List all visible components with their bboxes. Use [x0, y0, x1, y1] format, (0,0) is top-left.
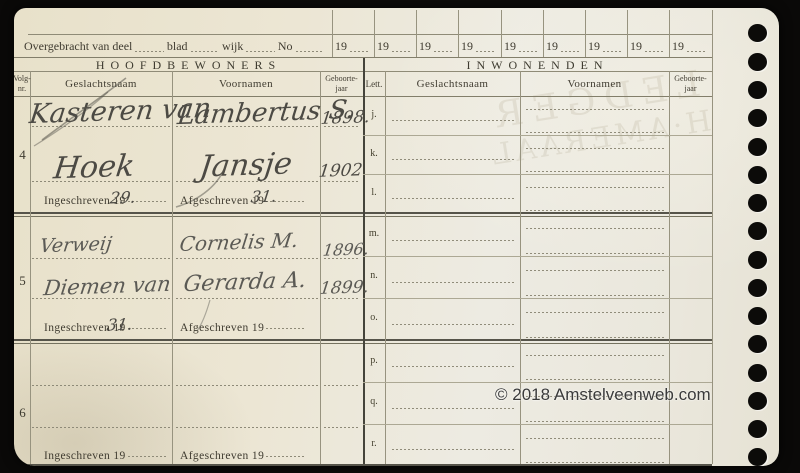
grid-line: [28, 34, 712, 35]
year-label: 19: [504, 39, 516, 54]
year-col-line: [501, 10, 502, 57]
row-letter: o.: [363, 312, 385, 323]
header-voornamen-2: Voornamen: [520, 72, 669, 95]
name-line: [526, 312, 664, 313]
punch-hole: [748, 24, 767, 42]
header-label: Geslachtsnaam: [65, 78, 137, 90]
row-letter: p.: [363, 355, 385, 366]
year-label: 19: [630, 39, 642, 54]
dotted-blank: [191, 51, 219, 52]
name-line: [392, 408, 514, 409]
handwritten-ingeschreven-year: 29.: [109, 188, 137, 208]
dotted-blank: [687, 51, 707, 52]
transfer-row: Overgebracht van deel blad wijk No: [24, 39, 327, 55]
blad-label: blad: [167, 39, 188, 54]
year-label: 19: [546, 39, 558, 54]
punch-hole: [748, 251, 767, 269]
name-line: [526, 132, 664, 133]
year-label: 19: [377, 39, 389, 54]
header-label: Lett.: [366, 79, 383, 89]
handwritten-surname: Hoek: [52, 149, 137, 187]
grid-line: [320, 71, 321, 464]
name-line: [526, 148, 664, 149]
punch-hole: [748, 138, 767, 156]
inwonende-row-n: n.: [363, 256, 712, 298]
dotted-blank: [350, 51, 369, 52]
punch-hole: [748, 53, 767, 71]
year-col-line: [543, 10, 544, 57]
year-cell: 19: [377, 39, 414, 55]
row-letter: n.: [363, 270, 385, 281]
year-col-line: [374, 10, 375, 57]
name-line: [392, 366, 514, 367]
name-line: [526, 253, 664, 254]
punch-hole: [748, 448, 767, 466]
year-label: 19: [672, 39, 684, 54]
transfer-label: Overgebracht van deel: [24, 39, 132, 54]
name-line: [526, 210, 664, 211]
header-volgnr: Volg- nr.: [14, 72, 30, 95]
name-line: [32, 385, 170, 386]
year-label: 19: [461, 39, 473, 54]
header-label: jaar: [336, 84, 348, 93]
name-line: [526, 109, 664, 110]
row-letter: m.: [363, 228, 385, 239]
name-line: [526, 187, 664, 188]
volgnr-5: 5: [14, 273, 31, 289]
inwonende-row-p: p.: [363, 341, 712, 382]
volgnr-6: 6: [14, 405, 31, 421]
name-line: [526, 171, 664, 172]
section-title-hoofdbewoners: HOOFDBEWONERS: [14, 58, 363, 71]
header-voornamen: Voornamen: [172, 72, 320, 95]
year-col-line: [416, 10, 417, 57]
header-geboortejaar-2: Geboorte- jaar: [669, 72, 712, 95]
scanned-register-card-photo: LEDGER H·AMERAAL Overgebracht van d: [0, 0, 800, 473]
header-lett: Lett.: [363, 72, 385, 95]
name-line: [392, 449, 514, 450]
year-col-line: [627, 10, 628, 57]
volgnr-4: 4: [14, 147, 31, 163]
year-col-line: [669, 10, 670, 57]
handwritten-given: Jansje: [198, 146, 294, 184]
punch-hole: [748, 335, 767, 353]
name-line: [32, 427, 170, 428]
name-line: [392, 282, 514, 283]
dotted-blank: [266, 328, 306, 329]
year-cell: 19: [546, 39, 583, 55]
year-label: 19: [335, 39, 347, 54]
header-volgnr-l1: Volg-: [14, 74, 31, 83]
handwritten-year: 1902: [318, 160, 364, 181]
dotted-blank: [128, 456, 168, 457]
header-label: jaar: [685, 84, 697, 93]
name-line: [324, 385, 360, 386]
header-volgnr-l2: nr.: [18, 84, 26, 93]
name-line: [32, 258, 170, 259]
punch-hole: [748, 420, 767, 438]
year-label: 19: [419, 39, 431, 54]
header-geslachtsnaam: Geslachtsnaam: [30, 72, 172, 95]
handwritten-given: Cornelis M.: [178, 228, 299, 256]
punch-hole: [748, 392, 767, 410]
table-right-edge: [712, 10, 713, 464]
punch-hole: [748, 166, 767, 184]
dotted-blank: [296, 51, 324, 52]
year-col-line: [332, 10, 333, 57]
year-col-line: [458, 10, 459, 57]
dotted-blank: [128, 328, 168, 329]
row-letter: j.: [363, 109, 385, 120]
inwonende-row-l: l.: [363, 174, 712, 213]
year-cell: 19: [419, 39, 456, 55]
row-letter: l.: [363, 187, 385, 198]
name-line: [176, 258, 318, 259]
dotted-blank: [476, 51, 496, 52]
header-label: Voornamen: [567, 78, 621, 90]
row-letter: k.: [363, 148, 385, 159]
name-line: [526, 355, 664, 356]
header-label: Geboorte-: [325, 74, 357, 83]
label-text: Afgeschreven 19: [180, 450, 264, 462]
section-title-inwonenden: INWONENDEN: [363, 58, 712, 71]
name-line: [526, 379, 664, 380]
dotted-blank: [246, 51, 274, 52]
afgeschreven-label: Afgeschreven 19: [180, 322, 306, 334]
year-cell: 19: [461, 39, 499, 55]
name-line: [526, 438, 664, 439]
handwritten-ingeschreven-year: 31.: [106, 315, 134, 335]
name-line: [176, 298, 318, 299]
dotted-blank: [645, 51, 664, 52]
year-cell: 19: [335, 39, 372, 55]
name-line: [324, 427, 360, 428]
inwonende-row-r: r.: [363, 424, 712, 465]
handwritten-surname: Verweij: [38, 233, 113, 257]
name-line: [392, 120, 514, 121]
header-label: Voornamen: [219, 78, 273, 90]
year-cell: 19: [504, 39, 541, 55]
dotted-blank: [135, 51, 163, 52]
inwonende-row-m: m.: [363, 214, 712, 256]
label-text: Ingeschreven 19: [44, 450, 126, 462]
grid-line: [172, 71, 173, 464]
year-cell: 19: [630, 39, 667, 55]
inwonende-row-k: k.: [363, 135, 712, 174]
punch-hole: [748, 364, 767, 382]
afgeschreven-label: Afgeschreven 19: [180, 450, 306, 462]
name-line: [526, 295, 664, 296]
name-line: [392, 240, 514, 241]
name-line: [526, 228, 664, 229]
name-line: [526, 462, 664, 463]
punch-hole: [748, 194, 767, 212]
dotted-blank: [561, 51, 580, 52]
header-geboortejaar: Geboorte- jaar: [320, 72, 363, 95]
handwritten-surname: Diemen van: [42, 272, 172, 300]
year-cell: 19: [588, 39, 625, 55]
no-label: No: [278, 39, 293, 54]
register-card: LEDGER H·AMERAAL Overgebracht van d: [14, 8, 779, 466]
year-cell: 19: [672, 39, 710, 55]
header-label: Geboorte-: [674, 74, 706, 83]
punch-hole: [748, 279, 767, 297]
ingeschreven-label: Ingeschreven 19: [44, 450, 168, 462]
name-line: [392, 198, 514, 199]
dotted-blank: [392, 51, 411, 52]
name-line: [526, 421, 664, 422]
year-col-line: [585, 10, 586, 57]
afgeschreven-label: Afgeschreven 19: [180, 195, 306, 207]
year-label: 19: [588, 39, 600, 54]
dotted-blank: [603, 51, 622, 52]
row-letter: r.: [363, 438, 385, 449]
name-line: [526, 270, 664, 271]
punch-hole: [748, 222, 767, 240]
punch-hole: [748, 109, 767, 127]
handwritten-given: Gerarda A.: [182, 268, 308, 297]
dotted-blank: [266, 456, 306, 457]
label-text: Afgeschreven 19: [180, 322, 264, 334]
dotted-blank: [434, 51, 453, 52]
name-line: [176, 385, 318, 386]
punch-hole: [748, 307, 767, 325]
copyright-watermark: © 2018 Amstelveenweb.com: [495, 385, 711, 405]
name-line: [392, 324, 514, 325]
punch-hole: [748, 81, 767, 99]
name-line: [526, 337, 664, 338]
handwritten-afgeschreven-year: 31.: [250, 187, 278, 207]
name-line: [392, 159, 514, 160]
name-line: [176, 427, 318, 428]
row-letter: q.: [363, 396, 385, 407]
dotted-blank: [519, 51, 538, 52]
header-label: Geslachtsnaam: [417, 78, 489, 90]
inwonende-row-j: j.: [363, 96, 712, 135]
header-geslachtsnaam-2: Geslachtsnaam: [385, 72, 520, 95]
wijk-label: wijk: [222, 39, 243, 54]
ingeschreven-label: Ingeschreven 19: [44, 195, 168, 207]
inwonende-row-o: o.: [363, 298, 712, 340]
